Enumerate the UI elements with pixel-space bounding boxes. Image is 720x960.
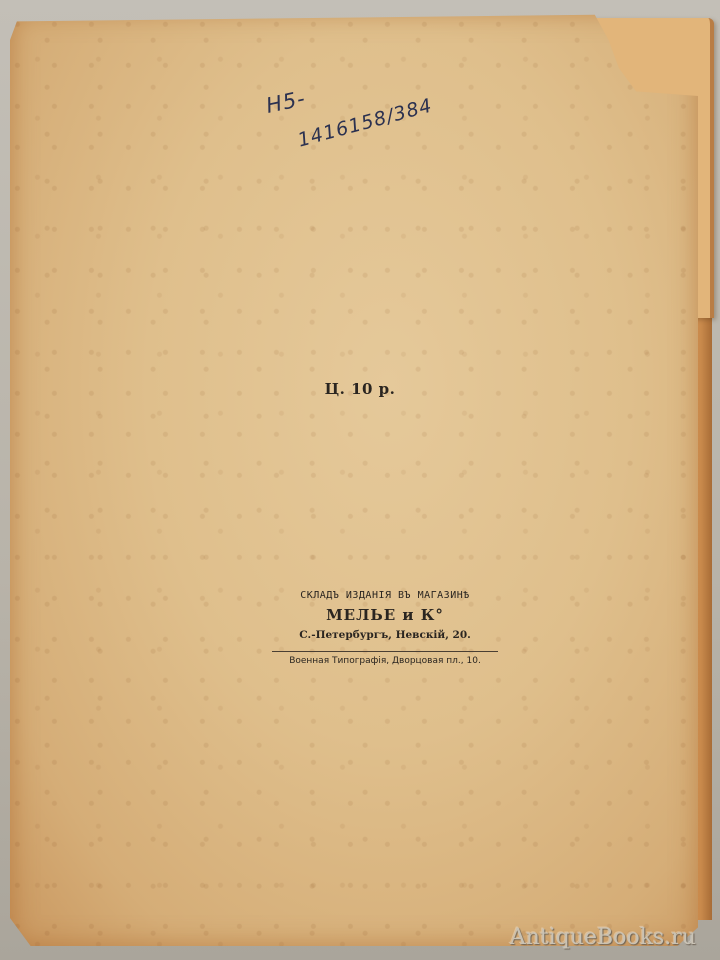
imprint-printer: Военная Типографiя, Дворцовая пл., 10. [270, 656, 500, 666]
imprint-publisher: МЕЛЬЕ и К° [270, 606, 500, 624]
price-label: Ц. 10 р. [0, 380, 720, 398]
divider [272, 651, 498, 652]
watermark: AntiqueBooks.ru [510, 925, 696, 950]
paper-texture [10, 12, 698, 946]
book-back-cover [10, 12, 698, 946]
imprint-address: С.-Петербургъ, Невскiй, 20. [270, 629, 500, 641]
imprint-warehouse: СКЛАДЪ ИЗДАНIЯ ВЪ МАГАЗИНѢ [270, 590, 500, 601]
publisher-imprint: СКЛАДЪ ИЗДАНIЯ ВЪ МАГАЗИНѢ МЕЛЬЕ и К° С.… [270, 590, 500, 666]
